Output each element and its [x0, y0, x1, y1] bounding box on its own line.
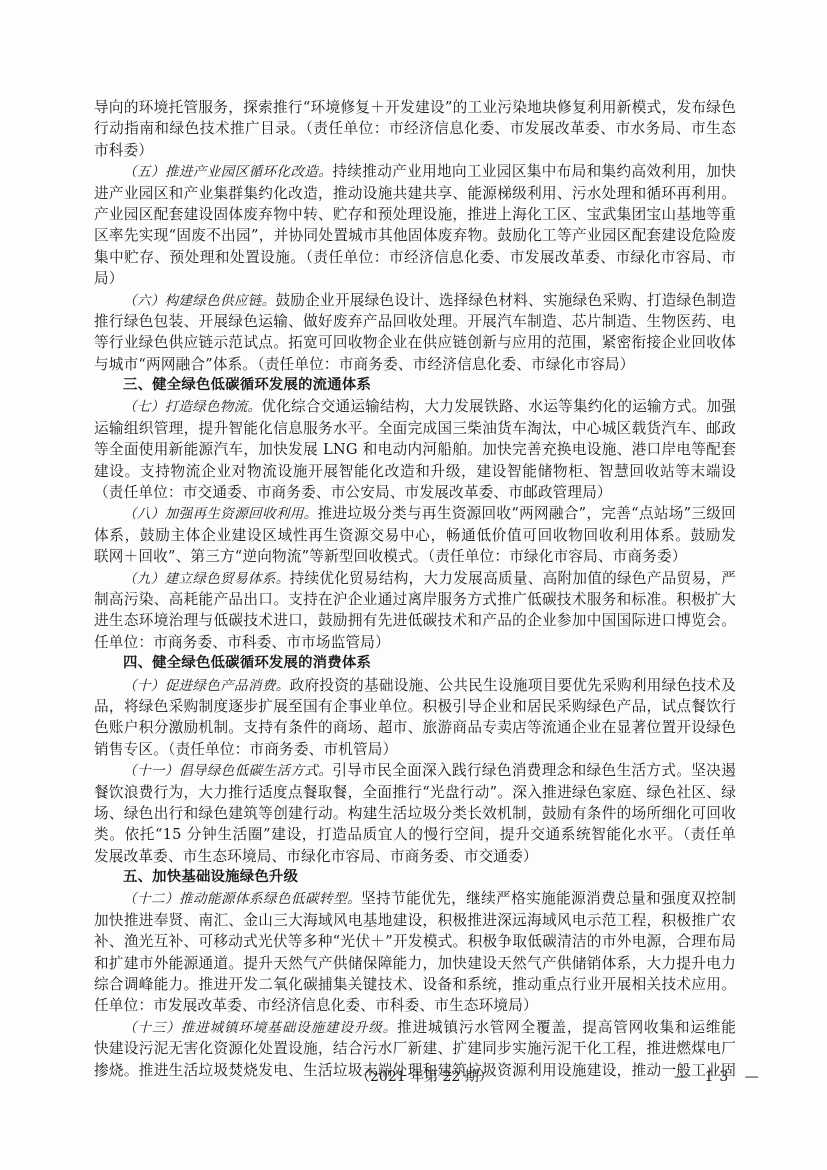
line-text: 集中贮存、预处理和处置设施。（责任单位：市经济信息化委、市发展改革委、市绿化市容… — [94, 249, 736, 268]
line-text: 类。依托“15 分钟生活圈”建设，打造品质宜人的慢行空间，提升交通系统智能化水平… — [94, 826, 736, 845]
text-line: （七）打造绿色物流。优化综合交通运输结构，大力发展铁路、水运等集约化的运输方式。… — [94, 396, 736, 417]
line-text: 补、渔光互补、可移动式光伏等多种“光伏＋”开发模式。积极争取低碳清洁的市外电源，… — [94, 933, 736, 952]
line-text: 任单位：市商务委、市科委、市市场监管局） — [94, 634, 390, 651]
text-line: （五）推进产业园区循环化改造。持续推动产业用地向工业园区集中布局和集约高效利用，… — [94, 161, 736, 182]
line-text: 综合调峰能力。推进开发二氧化碳捕集关键技术、设备和系统，推动重点行业开展相关技术… — [94, 976, 736, 995]
line-text: 运输组织管理，提升智能化信息服务水平。全面完成国三柴油货车淘汰，中心城区载货汽车… — [94, 420, 736, 439]
text-line: 进产业园区和产业集群集约化改造，推动设施共建共享、能源梯级利用、污水处理和循环再… — [94, 183, 736, 204]
text-line: 进生态环境治理与低碳技术进口，鼓励拥有先进低碳技术和产品的企业参加中国国际进口博… — [94, 610, 736, 631]
text-line: 行动指南和绿色技术推广目录。（责任单位：市经济信息化委、市发展改革委、市水务局、… — [94, 118, 736, 139]
text-line: （九）建立绿色贸易体系。持续优化贸易结构，大力发展高质量、高附加值的绿色产品贸易… — [94, 568, 736, 589]
text-line: 推行绿色包装、开展绿色运输、做好废弃产品回收处理。开展汽车制造、芯片制造、生物医… — [94, 311, 736, 332]
text-line: 场、绿色出行和绿色建筑等创建行动。构建生活垃圾分类长效机制，鼓励有条件的场所细化… — [94, 803, 736, 824]
line-text: 销售专区。（责任单位：市商务委、市机管局） — [94, 741, 397, 758]
line-text: 行动指南和绿色技术推广目录。（责任单位：市经济信息化委、市发展改革委、市水务局、… — [94, 120, 736, 139]
line-text: 体系，鼓励主体企业建设区域性再生资源交易中心，畅通低价值可回收物回收利用体系。鼓… — [94, 527, 736, 546]
text-line: 局） — [94, 268, 736, 289]
section-heading: 三、健全绿色低碳循环发展的流通体系 — [94, 375, 736, 396]
line-text: 加快推进奉贤、南汇、金山三大海域风电基地建设，积极推进深远海域风电示范工程，积极… — [94, 912, 736, 931]
line-text: 建设。支持物流企业对物流设施开展智能化改造和升级，建设智能储物柜、智慧回收站等末… — [94, 463, 736, 482]
line-text: 产业园区配套建设固体废弃物中转、贮存和预处理设施，推进上海化工区、宝武集团宝山基… — [94, 206, 736, 225]
text-line: 品，将绿色采购制度逐步扩展至国有企事业单位。积极引导企业和居民采购绿色产品，试点… — [94, 696, 736, 717]
text-line: 等全面使用新能源汽车，加快发展 LNG 和电动内河船舶。加快完善充换电设施、港口… — [94, 439, 736, 460]
clause-title: （十）促进绿色产品消费。 — [123, 678, 290, 694]
text-line: 导向的环境托管服务，探索推行“环境修复＋开发建设”的工业污染地块修复利用新模式，… — [94, 97, 736, 118]
line-text: 色账户积分激励机制。支持有条件的商场、超市、旅游商品专卖店等流通企业在显著位置开… — [94, 719, 736, 738]
clause-title: （十一）倡导绿色低碳生活方式。 — [123, 763, 332, 779]
section-heading: 四、健全绿色低碳循环发展的消费体系 — [94, 653, 736, 674]
line-text: 与城市“两网融合”体系。（责任单位：市商务委、市经济信息化委、市绿化市容局） — [94, 356, 635, 373]
line-text: 局） — [94, 270, 124, 287]
line-text: 进生态环境治理与低碳技术进口，鼓励拥有先进低碳技术和产品的企业参加中国国际进口博… — [94, 612, 736, 631]
text-line: 和扩建市外能源通道。提升天然气产供储保障能力，加快建设天然气产供储销体系，大力提… — [94, 953, 736, 974]
text-line: 类。依托“15 分钟生活圈”建设，打造品质宜人的慢行空间，提升交通系统智能化水平… — [94, 824, 736, 845]
document-page: 导向的环境托管服务，探索推行“环境修复＋开发建设”的工业污染地块修复利用新模式，… — [0, 0, 827, 1170]
section-heading: 五、加快基础设施绿色升级 — [94, 867, 736, 888]
body-text: 导向的环境托管服务，探索推行“环境修复＋开发建设”的工业污染地块修复利用新模式，… — [94, 97, 736, 1081]
text-line: （十）促进绿色产品消费。政府投资的基础设施、公共民生设施项目要优先采购利用绿色技… — [94, 675, 736, 696]
clause-title: （八）加强再生资源回收利用。 — [123, 506, 318, 522]
clause-title: （六）构建绿色供应链。 — [123, 293, 275, 309]
text-line: 集中贮存、预处理和处置设施。（责任单位：市经济信息化委、市发展改革委、市绿化市容… — [94, 247, 736, 268]
issue-label: （2021 年第 22 期） — [356, 1066, 493, 1088]
clause-title: （十三）推进城镇环境基础设施建设升级。 — [123, 1020, 397, 1036]
text-line: （责任单位：市交通委、市商务委、市公安局、市发展改革委、市邮政管理局） — [94, 482, 736, 503]
text-line: 加快推进奉贤、南汇、金山三大海域风电基地建设，积极推进深远海域风电示范工程，积极… — [94, 910, 736, 931]
line-text: 区率先实现“固废不出园”，并协同处置城市其他固体废弃物。鼓励化工等产业园区配套建… — [94, 227, 736, 246]
line-text: 市科委） — [94, 142, 153, 159]
line-text: 发展改革委、市生态环境局、市绿化市容局、市商务委、市交通委） — [94, 848, 538, 865]
line-text: 联网＋回收”、第三方“逆向物流”等新型回收模式。（责任单位：市绿化市容局、市商务… — [94, 548, 687, 565]
page-number: — 13 — — [674, 1066, 765, 1088]
clause-title: （七）打造绿色物流。 — [123, 399, 261, 415]
text-line: （十三）推进城镇环境基础设施建设升级。推进城镇污水管网全覆盖，提高管网收集和运维… — [94, 1017, 736, 1038]
text-line: 快建设污泥无害化资源化处置设施，结合污水厂新建、扩建同步实施污泥干化工程，推进燃… — [94, 1038, 736, 1059]
text-line: （十二）推动能源体系绿色低碳转型。坚持节能优先，继续严格实施能源消费总量和强度双… — [94, 888, 736, 909]
text-line: 市科委） — [94, 140, 736, 161]
text-line: 餐饮浪费行为，大力推行适度点餐取餐，全面推行“光盘行动”。深入推进绿色家庭、绿色… — [94, 782, 736, 803]
text-line: 任单位：市商务委、市科委、市市场监管局） — [94, 632, 736, 653]
line-text: 品，将绿色采购制度逐步扩展至国有企事业单位。积极引导企业和居民采购绿色产品，试点… — [94, 698, 736, 717]
text-line: （十一）倡导绿色低碳生活方式。引导市民全面深入践行绿色消费理念和绿色生活方式。坚… — [94, 760, 736, 781]
text-line: 建设。支持物流企业对物流设施开展智能化改造和升级，建设智能储物柜、智慧回收站等末… — [94, 461, 736, 482]
clause-title: （五）推进产业园区循环化改造。 — [123, 164, 332, 180]
line-text: 五、加快基础设施绿色升级 — [123, 869, 298, 885]
line-text: 制高污染、高耗能产品出口。支持在沪企业通过离岸服务方式推广低碳技术服务和标准。积… — [94, 591, 736, 610]
page-footer: （2021 年第 22 期） — 13 — — [0, 1066, 827, 1088]
line-text: 和扩建市外能源通道。提升天然气产供储保障能力，加快建设天然气产供储销体系，大力提… — [94, 955, 736, 974]
line-text: 导向的环境托管服务，探索推行“环境修复＋开发建设”的工业污染地块修复利用新模式，… — [94, 99, 736, 118]
clause-title: （九）建立绿色贸易体系。 — [123, 571, 290, 587]
line-text: 等全面使用新能源汽车，加快发展 LNG 和电动内河船舶。加快完善充换电设施、港口… — [94, 441, 736, 460]
text-line: 销售专区。（责任单位：市商务委、市机管局） — [94, 739, 736, 760]
line-text: （责任单位：市交通委、市商务委、市公安局、市发展改革委、市邮政管理局） — [94, 484, 612, 501]
text-line: （八）加强再生资源回收利用。推进垃圾分类与再生资源回收“两网融合”，完善“点站场… — [94, 503, 736, 524]
line-text: 快建设污泥无害化资源化处置设施，结合污水厂新建、扩建同步实施污泥干化工程，推进燃… — [94, 1040, 736, 1059]
text-line: 区率先实现“固废不出园”，并协同处置城市其他固体废弃物。鼓励化工等产业园区配套建… — [94, 225, 736, 246]
line-text: 四、健全绿色低碳循环发展的消费体系 — [123, 655, 371, 671]
text-line: 体系，鼓励主体企业建设区域性再生资源交易中心，畅通低价值可回收物回收利用体系。鼓… — [94, 525, 736, 546]
text-line: 制高污染、高耗能产品出口。支持在沪企业通过离岸服务方式推广低碳技术服务和标准。积… — [94, 589, 736, 610]
line-text: 餐饮浪费行为，大力推行适度点餐取餐，全面推行“光盘行动”。深入推进绿色家庭、绿色… — [94, 784, 736, 803]
line-text: 任单位：市发展改革委、市经济信息化委、市科委、市生态环境局） — [94, 997, 538, 1014]
text-line: 任单位：市发展改革委、市经济信息化委、市科委、市生态环境局） — [94, 995, 736, 1016]
line-text: 进产业园区和产业集群集约化改造，推动设施共建共享、能源梯级利用、污水处理和循环再… — [94, 185, 736, 204]
text-line: 运输组织管理，提升智能化信息服务水平。全面完成国三柴油货车淘汰，中心城区载货汽车… — [94, 418, 736, 439]
line-text: 等行业绿色供应链示范试点。拓宽可回收物企业在供应链创新与应用的范围，紧密衔接企业… — [94, 334, 736, 353]
text-line: 等行业绿色供应链示范试点。拓宽可回收物企业在供应链创新与应用的范围，紧密衔接企业… — [94, 332, 736, 353]
line-text: 三、健全绿色低碳循环发展的流通体系 — [123, 377, 371, 393]
text-line: 综合调峰能力。推进开发二氧化碳捕集关键技术、设备和系统，推动重点行业开展相关技术… — [94, 974, 736, 995]
text-line: 色账户积分激励机制。支持有条件的商场、超市、旅游商品专卖店等流通企业在显著位置开… — [94, 717, 736, 738]
clause-title: （十二）推动能源体系绿色低碳转型。 — [123, 891, 361, 907]
text-line: 补、渔光互补、可移动式光伏等多种“光伏＋”开发模式。积极争取低碳清洁的市外电源，… — [94, 931, 736, 952]
text-line: 发展改革委、市生态环境局、市绿化市容局、市商务委、市交通委） — [94, 846, 736, 867]
text-line: 与城市“两网融合”体系。（责任单位：市商务委、市经济信息化委、市绿化市容局） — [94, 354, 736, 375]
text-line: 产业园区配套建设固体废弃物中转、贮存和预处理设施，推进上海化工区、宝武集团宝山基… — [94, 204, 736, 225]
line-text: 场、绿色出行和绿色建筑等创建行动。构建生活垃圾分类长效机制，鼓励有条件的场所细化… — [94, 805, 736, 824]
text-line: 联网＋回收”、第三方“逆向物流”等新型回收模式。（责任单位：市绿化市容局、市商务… — [94, 546, 736, 567]
text-line: （六）构建绿色供应链。鼓励企业开展绿色设计、选择绿色材料、实施绿色采购、打造绿色… — [94, 290, 736, 311]
line-text: 推行绿色包装、开展绿色运输、做好废弃产品回收处理。开展汽车制造、芯片制造、生物医… — [94, 313, 736, 332]
